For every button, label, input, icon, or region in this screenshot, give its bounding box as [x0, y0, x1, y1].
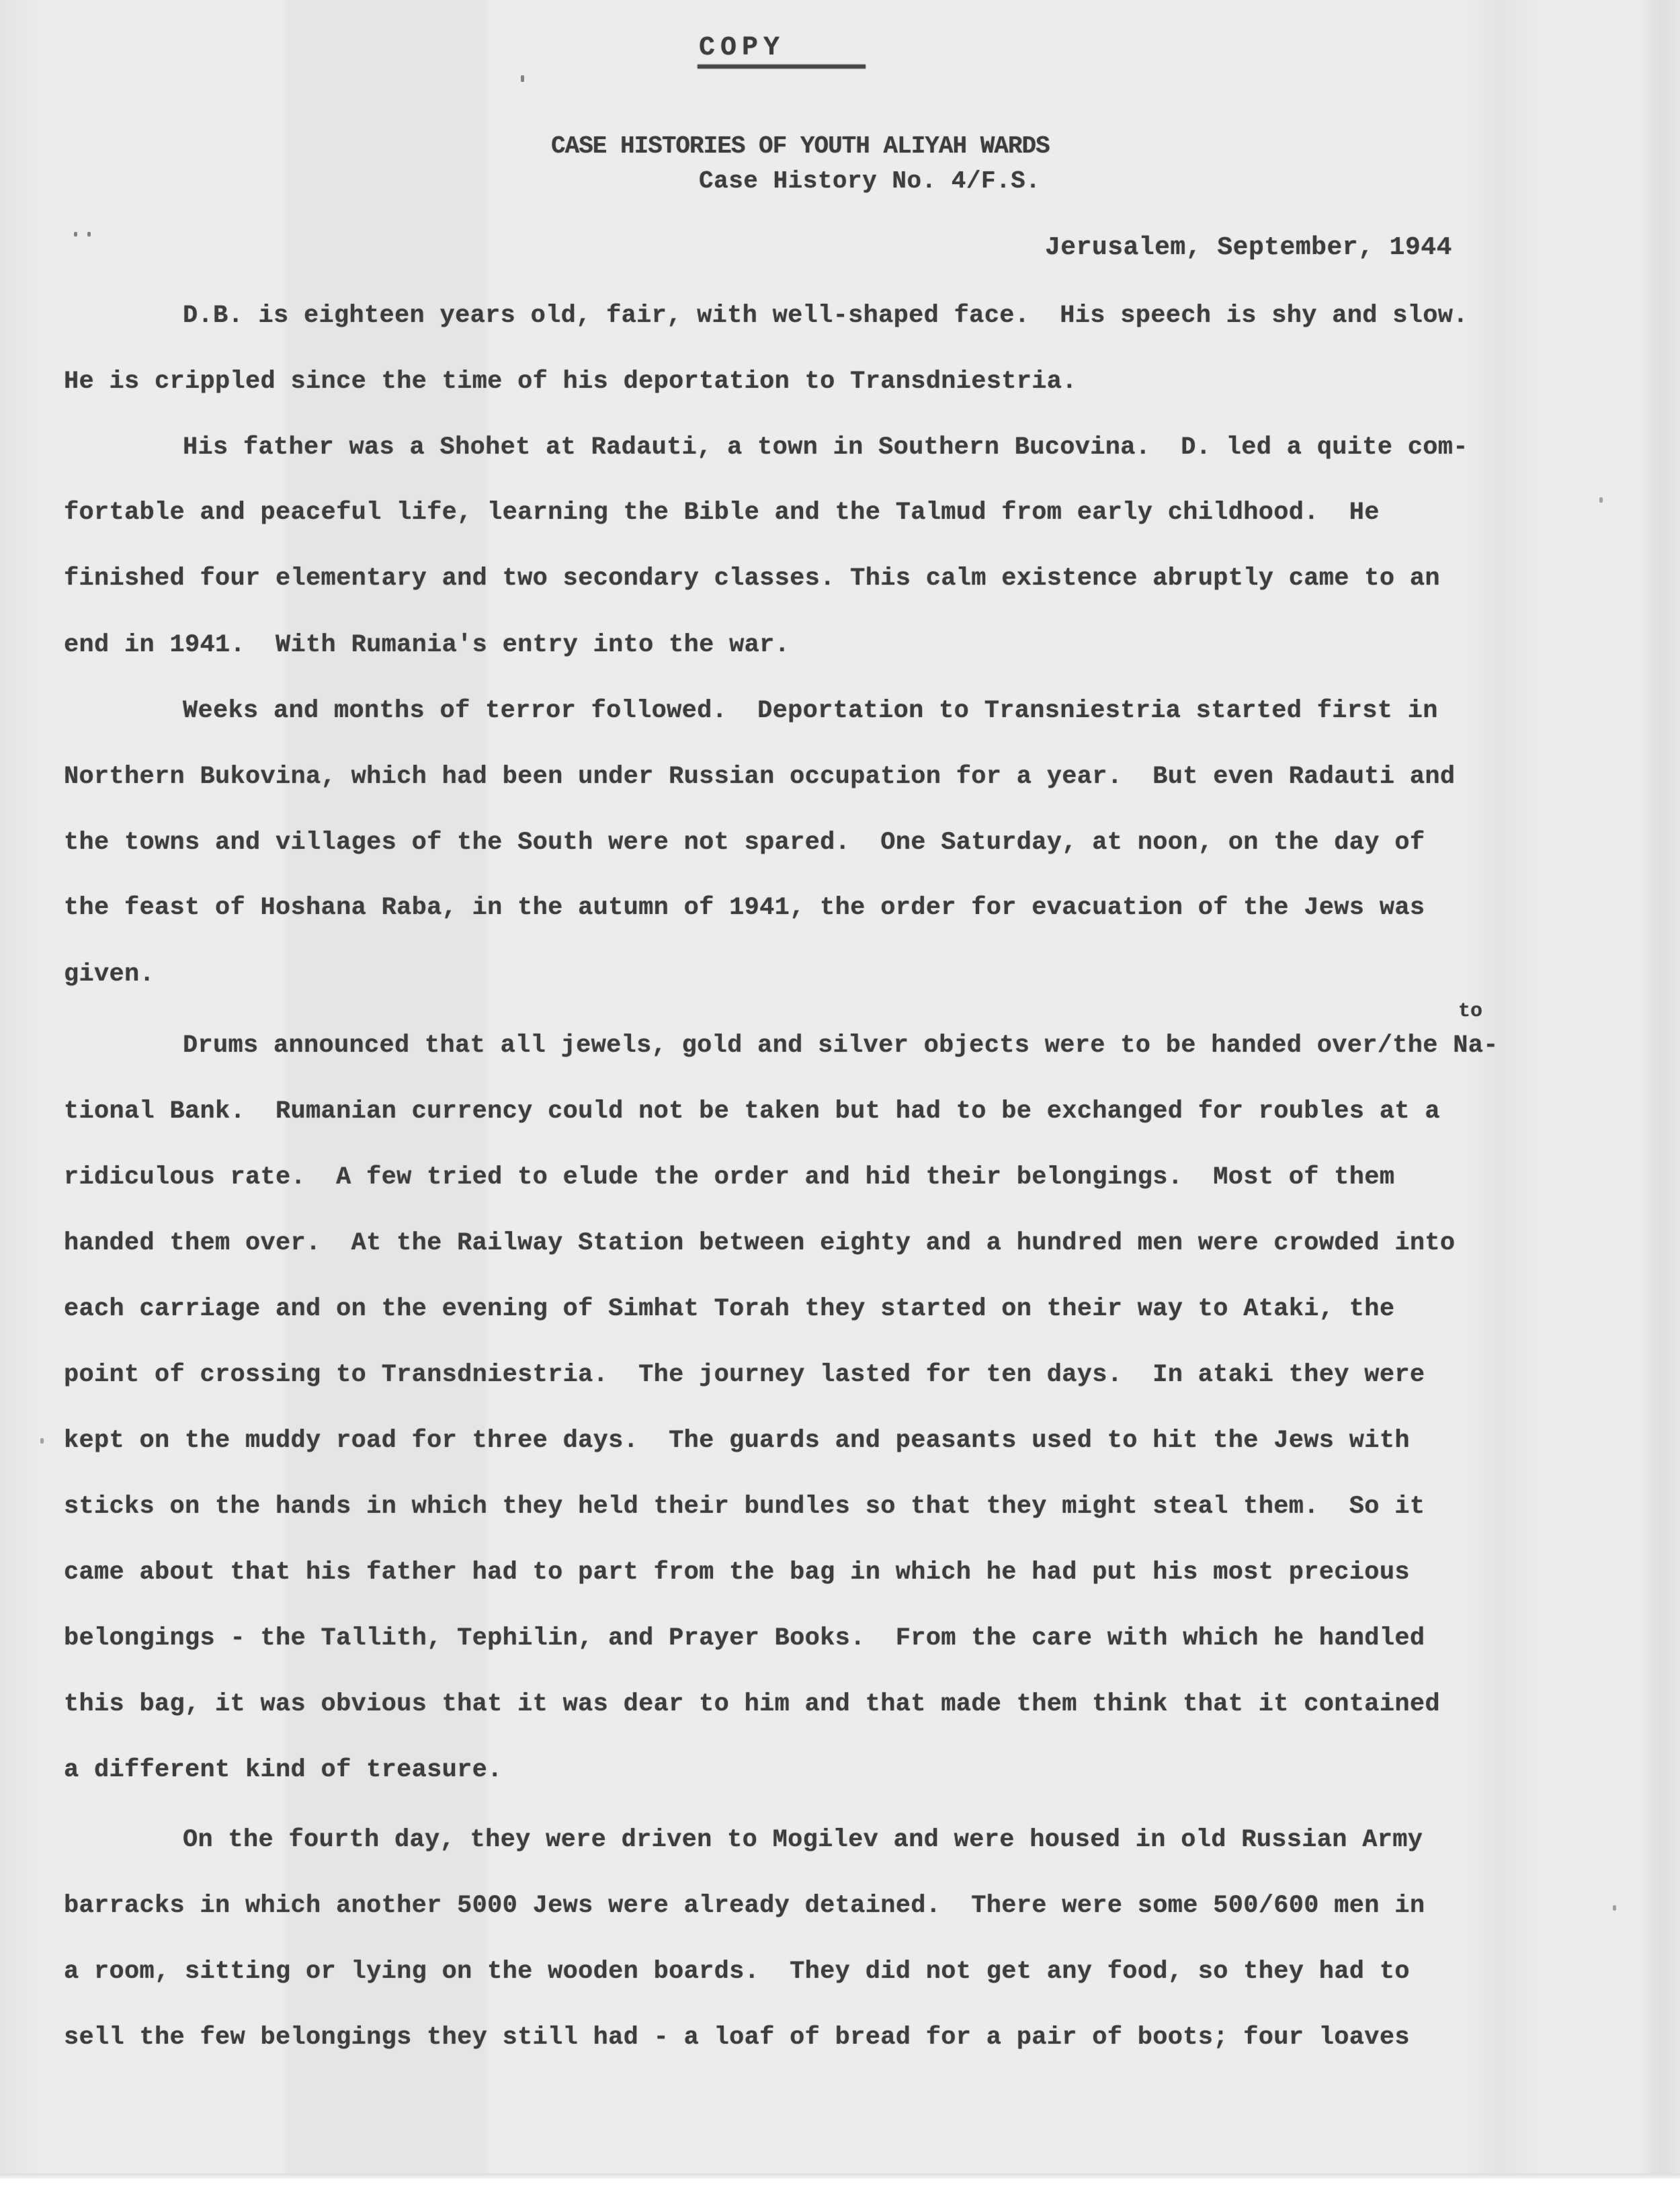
- body-line: this bag, it was obvious that it was dea…: [64, 1692, 1440, 1717]
- ink-speck: [1613, 1905, 1616, 1911]
- body-line: sell the few belongings they still had -…: [64, 2026, 1410, 2050]
- ink-speck: [1599, 497, 1603, 503]
- body-line: fortable and peaceful life, learning the…: [64, 501, 1380, 526]
- case-number: Case History No. 4/F.S.: [699, 169, 1040, 194]
- body-line: came about that his father had to part f…: [64, 1560, 1410, 1585]
- body-line: kept on the muddy road for three days. T…: [64, 1429, 1410, 1454]
- body-line: end in 1941. With Rumania's entry into t…: [64, 633, 790, 658]
- body-line: Weeks and months of terror followed. Dep…: [183, 699, 1438, 724]
- body-line: Northern Bukovina, which had been under …: [64, 765, 1455, 790]
- body-line: a different kind of treasure.: [64, 1758, 503, 1783]
- body-line: finished four elementary and two seconda…: [64, 567, 1440, 591]
- body-line: D.B. is eighteen years old, fair, with w…: [183, 304, 1468, 329]
- body-line: His father was a Shohet at Radauti, a to…: [183, 435, 1468, 460]
- ink-speck: [40, 1438, 44, 1444]
- ink-speck: [87, 232, 91, 237]
- dateline: Jerusalem, September, 1944: [1045, 235, 1452, 261]
- ink-speck: [521, 75, 524, 82]
- body-line: barracks in which another 5000 Jews were…: [64, 1894, 1425, 1919]
- copy-underline: [698, 65, 866, 69]
- body-line: ridiculous rate. A few tried to elude th…: [64, 1165, 1394, 1190]
- body-line: handed them over. At the Railway Station…: [64, 1231, 1455, 1256]
- insertion-mark: to: [1458, 1000, 1482, 1023]
- body-line: sticks on the hands in which they held t…: [64, 1495, 1425, 1519]
- body-line: belongings - the Tallith, Tephilin, and …: [64, 1626, 1425, 1651]
- body-line: On the fourth day, they were driven to M…: [183, 1828, 1423, 1853]
- document-title: CASE HISTORIES OF YOUTH ALIYAH WARDS: [551, 134, 1050, 159]
- body-line: point of crossing to Transdniestria. The…: [64, 1363, 1425, 1388]
- body-line: Drums announced that all jewels, gold an…: [183, 1034, 1499, 1058]
- body-line: tional Bank. Rumanian currency could not…: [64, 1099, 1440, 1124]
- body-line: the towns and villages of the South were…: [64, 831, 1425, 856]
- body-line: each carriage and on the evening of Simh…: [64, 1297, 1394, 1322]
- ink-speck: [74, 232, 77, 237]
- body-line: given.: [64, 962, 155, 987]
- body-line: a room, sitting or lying on the wooden b…: [64, 1960, 1410, 1985]
- page-bottom-edge: [0, 2173, 1680, 2179]
- body-line: He is crippled since the time of his dep…: [64, 370, 1077, 394]
- copy-stamp: COPY: [699, 35, 785, 62]
- body-line: the feast of Hoshana Raba, in the autumn…: [64, 896, 1425, 921]
